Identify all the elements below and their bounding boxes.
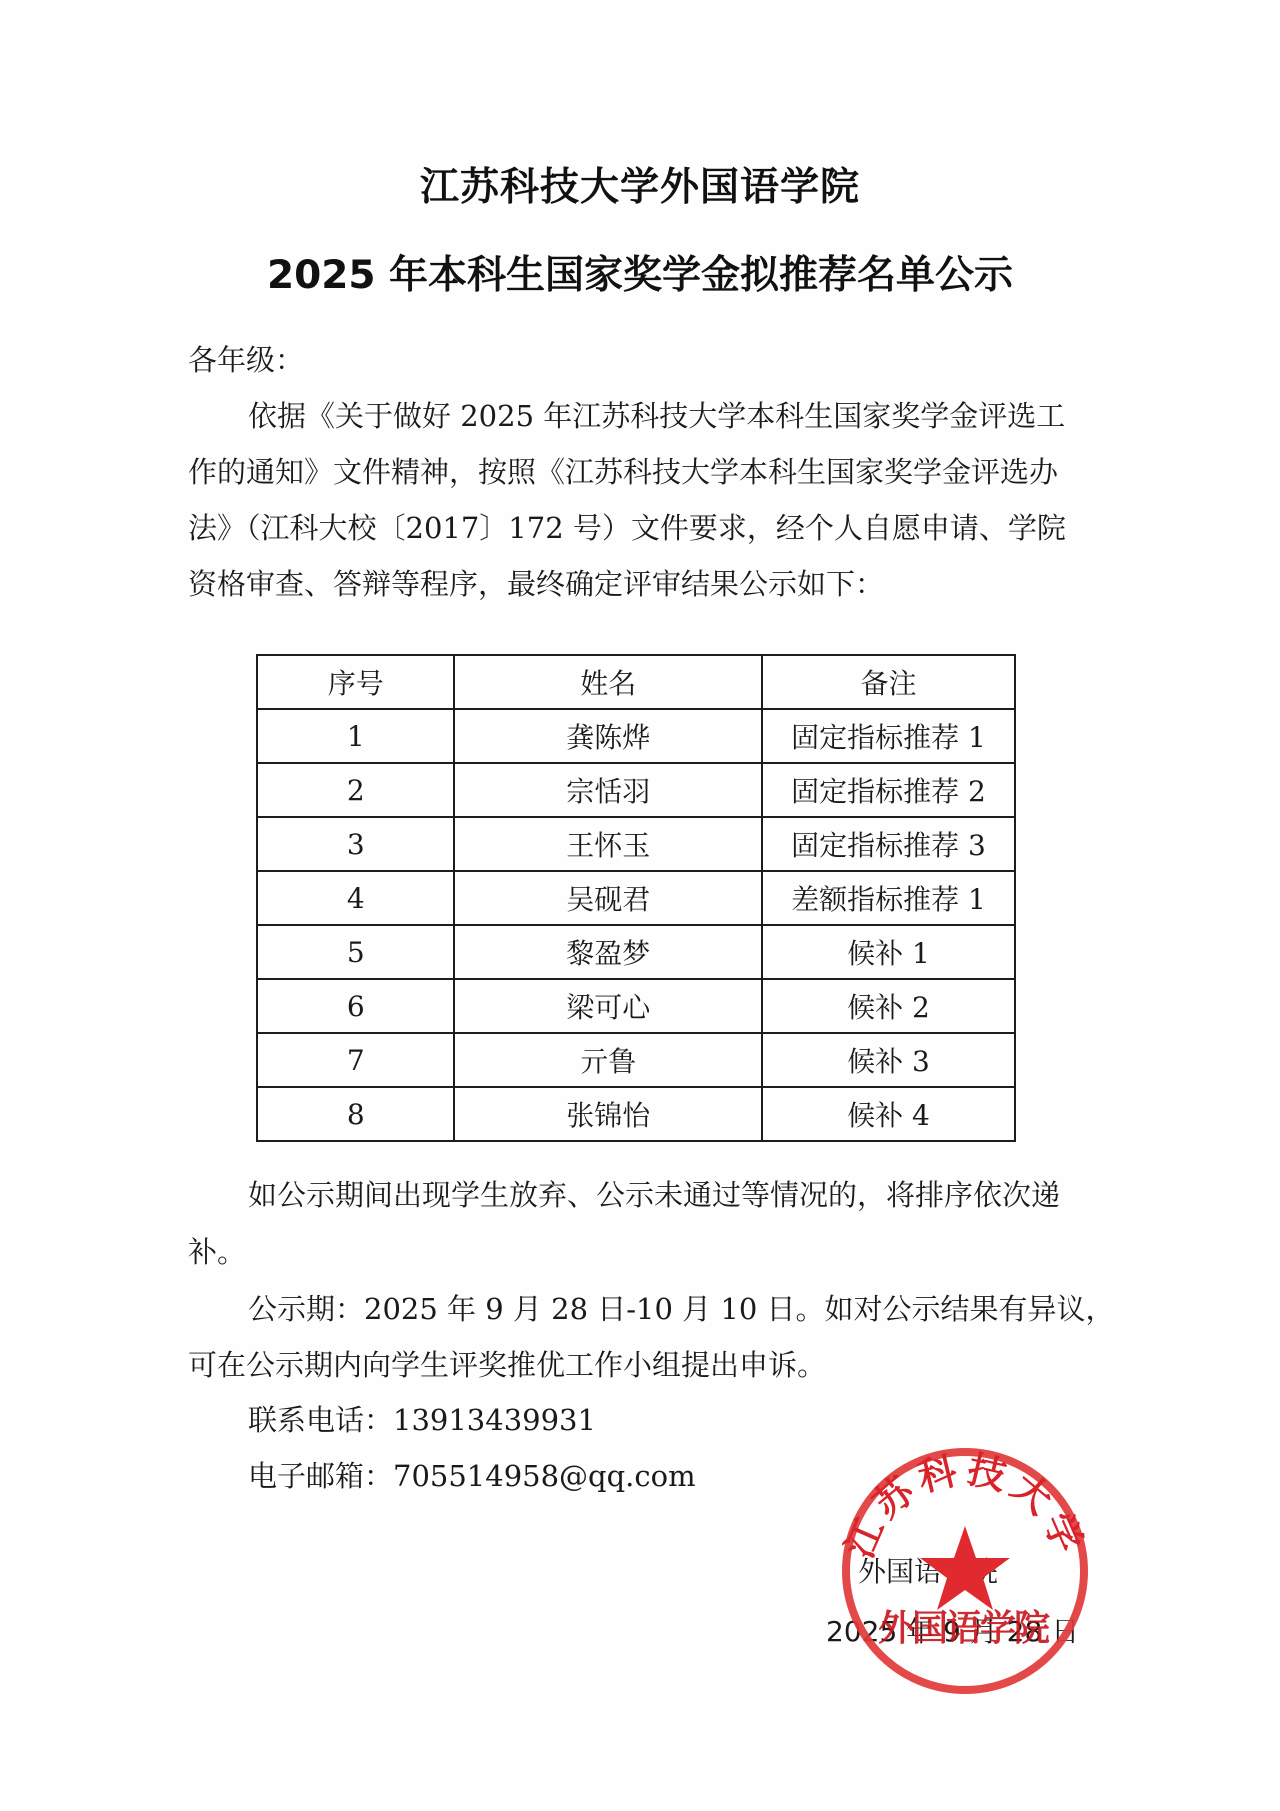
header-note: 备注: [762, 655, 1015, 709]
cell-number: 1: [257, 709, 454, 763]
intro-line-2: 作的通知》文件精神，按照《江苏科技大学本科生国家奖学金评选办: [188, 450, 1058, 491]
cell-name: 吴砚君: [454, 871, 762, 925]
cell-name: 亓鲁: [454, 1033, 762, 1087]
table-row: 8 张锦怡 候补 4: [257, 1087, 1015, 1141]
table-header-row: 序号 姓名 备注: [257, 655, 1015, 709]
table-row: 7 亓鲁 候补 3: [257, 1033, 1015, 1087]
cell-note: 候补 1: [762, 925, 1015, 979]
document-title-institution: 江苏科技大学外国语学院: [0, 156, 1280, 212]
cell-name: 张锦怡: [454, 1087, 762, 1141]
contact-phone: 联系电话：13913439931: [248, 1398, 596, 1439]
cell-number: 7: [257, 1033, 454, 1087]
period-line-2: 可在公示期内向学生评奖推优工作小组提出申诉。: [188, 1343, 826, 1384]
contact-email: 电子邮箱：705514958@qq.com: [248, 1454, 696, 1495]
cell-note: 固定指标推荐 1: [762, 709, 1015, 763]
table-row: 3 王怀玉 固定指标推荐 3: [257, 817, 1015, 871]
cell-note: 候补 3: [762, 1033, 1015, 1087]
document-title-announcement: 2025 年本科生国家奖学金拟推荐名单公示: [0, 244, 1280, 300]
cell-name: 王怀玉: [454, 817, 762, 871]
cell-name: 龚陈烨: [454, 709, 762, 763]
cell-note: 候补 4: [762, 1087, 1015, 1141]
period-line-1: 公示期：2025 年 9 月 28 日-10 月 10 日。如对公示结果有异议，: [248, 1287, 1115, 1328]
header-number: 序号: [257, 655, 454, 709]
table-row: 6 梁可心 候补 2: [257, 979, 1015, 1033]
cell-name: 黎盈梦: [454, 925, 762, 979]
substitution-note-line-2: 补。: [188, 1230, 246, 1271]
cell-number: 4: [257, 871, 454, 925]
substitution-note-line-1: 如公示期间出现学生放弃、公示未通过等情况的，将排序依次递: [248, 1173, 1060, 1214]
intro-line-3: 法》（江科大校〔2017〕172 号）文件要求，经个人自愿申请、学院: [188, 506, 1066, 547]
intro-line-1: 依据《关于做好 2025 年江苏科技大学本科生国家奖学金评选工: [248, 394, 1065, 435]
table-row: 1 龚陈烨 固定指标推荐 1: [257, 709, 1015, 763]
cell-note: 固定指标推荐 3: [762, 817, 1015, 871]
cell-note: 固定指标推荐 2: [762, 763, 1015, 817]
salutation: 各年级：: [188, 338, 304, 379]
cell-note: 候补 2: [762, 979, 1015, 1033]
table-row: 2 宗恬羽 固定指标推荐 2: [257, 763, 1015, 817]
intro-line-4: 资格审查、答辩等程序，最终确定评审结果公示如下：: [188, 562, 884, 603]
seal-bottom-text: 外国语学院: [878, 1600, 1048, 1651]
table-row: 4 吴砚君 差额指标推荐 1: [257, 871, 1015, 925]
cell-name: 梁可心: [454, 979, 762, 1033]
recommendation-table: 序号 姓名 备注 1 龚陈烨 固定指标推荐 1 2 宗恬羽 固定指标推荐 2 3…: [256, 654, 1016, 1142]
cell-note: 差额指标推荐 1: [762, 871, 1015, 925]
seal-star-icon: 江苏科技大学: [842, 1448, 1088, 1694]
cell-number: 3: [257, 817, 454, 871]
cell-number: 2: [257, 763, 454, 817]
header-name: 姓名: [454, 655, 762, 709]
cell-name: 宗恬羽: [454, 763, 762, 817]
cell-number: 8: [257, 1087, 454, 1141]
cell-number: 6: [257, 979, 454, 1033]
table-row: 5 黎盈梦 候补 1: [257, 925, 1015, 979]
document-page: 江苏科技大学外国语学院 2025 年本科生国家奖学金拟推荐名单公示 各年级： 依…: [0, 0, 1280, 1811]
cell-number: 5: [257, 925, 454, 979]
